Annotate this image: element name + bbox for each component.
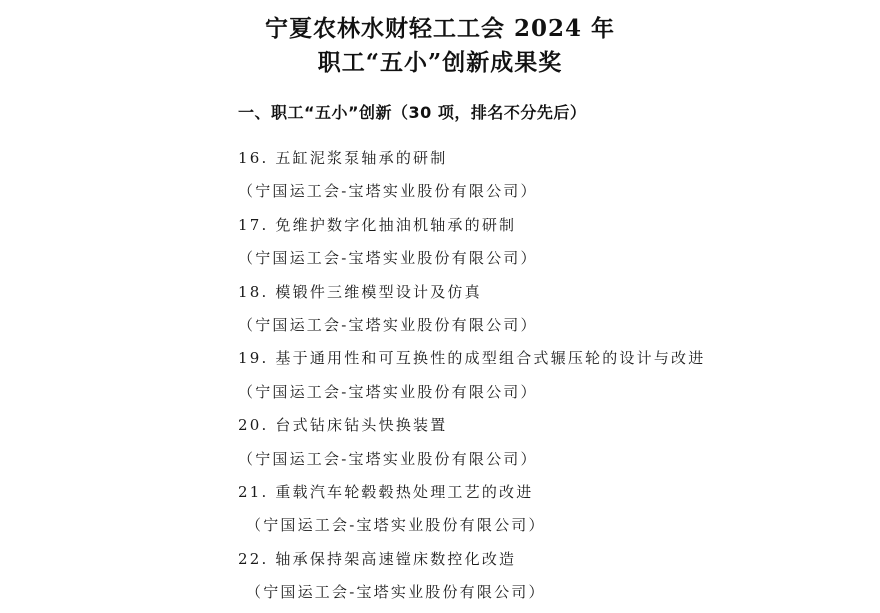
award-item: 18. 模锻件三维模型设计及仿真 （宁国运工会-宝塔实业股份有限公司） — [238, 276, 705, 343]
award-item-title: 16. 五缸泥浆泵轴承的研制 — [238, 142, 705, 175]
section-heading: 一、职工“五小”创新（30 项，排名不分先后） — [238, 100, 586, 123]
award-item: 16. 五缸泥浆泵轴承的研制 （宁国运工会-宝塔实业股份有限公司） — [238, 142, 705, 209]
award-item-list: 16. 五缸泥浆泵轴承的研制 （宁国运工会-宝塔实业股份有限公司） 17. 免维… — [238, 142, 705, 609]
award-item-org: （宁国运工会-宝塔实业股份有限公司） — [238, 576, 705, 609]
award-item-org: （宁国运工会-宝塔实业股份有限公司） — [238, 309, 705, 342]
document-title-line-2: 职工“五小”创新成果奖 — [0, 44, 880, 77]
document-title-line-1: 宁夏农林水财轻工工会 2024 年 — [0, 10, 880, 43]
award-item-org: （宁国运工会-宝塔实业股份有限公司） — [238, 443, 705, 476]
award-item-title: 20. 台式钻床钻头快换装置 — [238, 409, 705, 442]
award-item-org: （宁国运工会-宝塔实业股份有限公司） — [238, 175, 705, 208]
award-item-title: 19. 基于通用性和可互换性的成型组合式辗压轮的设计与改进 — [238, 342, 705, 375]
award-item: 22. 轴承保持架高速镗床数控化改造 （宁国运工会-宝塔实业股份有限公司） — [238, 543, 705, 610]
award-item-org: （宁国运工会-宝塔实业股份有限公司） — [238, 376, 705, 409]
award-item: 19. 基于通用性和可互换性的成型组合式辗压轮的设计与改进 （宁国运工会-宝塔实… — [238, 342, 705, 409]
award-item-title: 18. 模锻件三维模型设计及仿真 — [238, 276, 705, 309]
award-item: 17. 免维护数字化抽油机轴承的研制 （宁国运工会-宝塔实业股份有限公司） — [238, 209, 705, 276]
award-item-org: （宁国运工会-宝塔实业股份有限公司） — [238, 509, 705, 542]
award-item: 21. 重载汽车轮毂毂热处理工艺的改进 （宁国运工会-宝塔实业股份有限公司） — [238, 476, 705, 543]
award-item-org: （宁国运工会-宝塔实业股份有限公司） — [238, 242, 705, 275]
award-item-title: 17. 免维护数字化抽油机轴承的研制 — [238, 209, 705, 242]
award-item-title: 21. 重载汽车轮毂毂热处理工艺的改进 — [238, 476, 705, 509]
award-item-title: 22. 轴承保持架高速镗床数控化改造 — [238, 543, 705, 576]
award-item: 20. 台式钻床钻头快换装置 （宁国运工会-宝塔实业股份有限公司） — [238, 409, 705, 476]
